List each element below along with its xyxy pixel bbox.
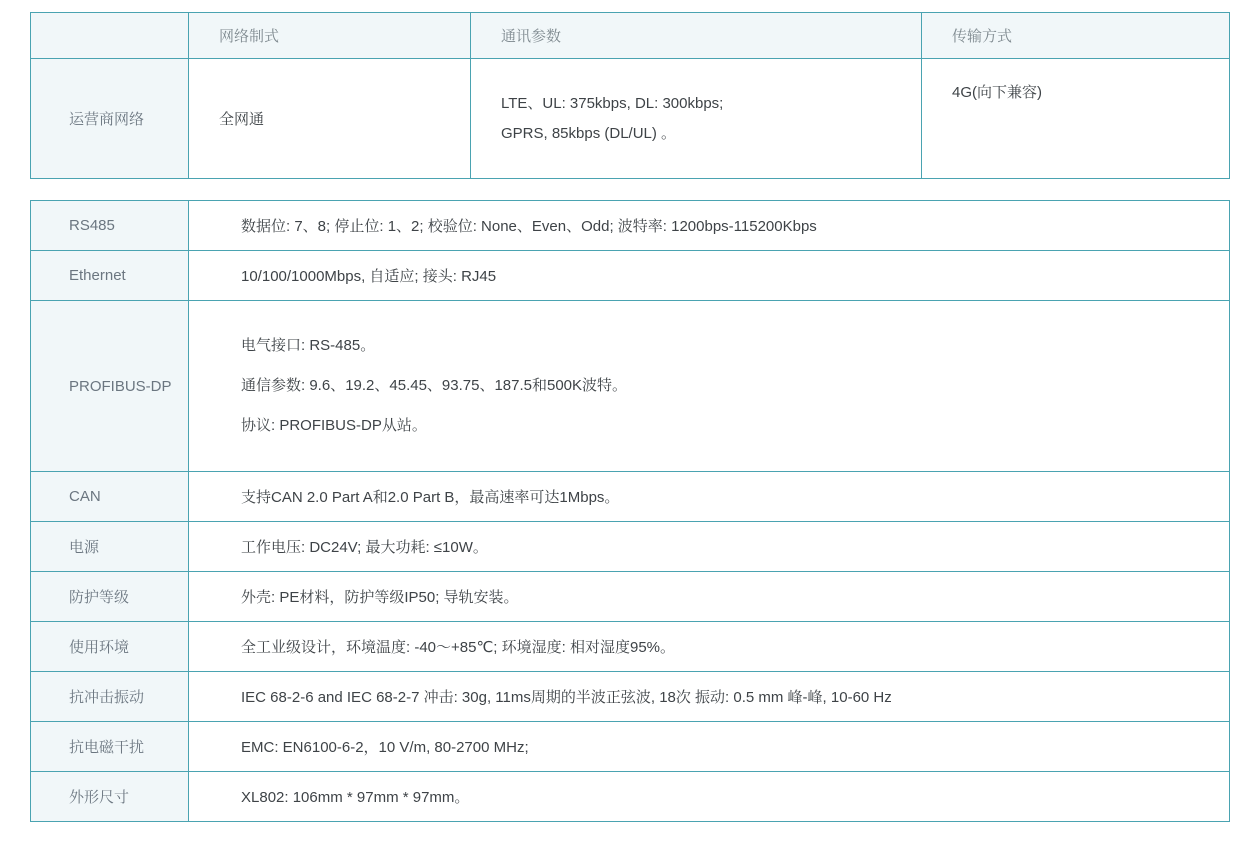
- spec-row-label: PROFIBUS-DP: [31, 301, 189, 472]
- comm-params-line-1: LTE、UL: 375kbps, DL: 300kbps;: [501, 89, 909, 119]
- spec-row-value: 工作电压: DC24V; 最大功耗: ≤10W。: [189, 522, 1230, 572]
- spec-row-dimensions: 外形尺寸 XL802: 106mm * 97mm * 97mm。: [31, 772, 1230, 822]
- spec-row-value: 外壳: PE材料，防护等级IP50; 导轨安装。: [189, 572, 1230, 622]
- transport-text: 4G(向下兼容): [952, 81, 1217, 102]
- spec-row-value: EMC: EN6100-6-2，10 V/m, 80-2700 MHz;: [189, 722, 1230, 772]
- spec-row-value: 10/100/1000Mbps, 自适应; 接头: RJ45: [189, 251, 1230, 301]
- comm-params-line-2: GPRS, 85kbps (DL/UL) 。: [501, 119, 909, 149]
- transport-value: 4G(向下兼容): [922, 59, 1230, 179]
- spec-row-rs485: RS485 数据位: 7、8; 停止位: 1、2; 校验位: None、Even…: [31, 201, 1230, 251]
- profibus-line-2: 通信参数: 9.6、19.2、45.45、93.75、187.5和500K波特。: [241, 366, 1217, 406]
- spec-row-label: RS485: [31, 201, 189, 251]
- spec-row-label: Ethernet: [31, 251, 189, 301]
- spec-row-label: 防护等级: [31, 572, 189, 622]
- spec-table: RS485 数据位: 7、8; 停止位: 1、2; 校验位: None、Even…: [30, 200, 1230, 822]
- network-table-header-comm-params: 通讯参数: [471, 13, 922, 59]
- network-table-header-transport: 传输方式: [922, 13, 1230, 59]
- network-table-header-network-mode: 网络制式: [189, 13, 471, 59]
- spec-row-environment: 使用环境 全工业级设计，环境温度: -40～+85℃; 环境湿度: 相对湿度95…: [31, 622, 1230, 672]
- profibus-line-1: 电气接口: RS-485。: [241, 326, 1217, 366]
- spec-row-can: CAN 支持CAN 2.0 Part A和2.0 Part B，最高速率可达1M…: [31, 472, 1230, 522]
- spec-row-value: IEC 68-2-6 and IEC 68-2-7 冲击: 30g, 11ms周…: [189, 672, 1230, 722]
- network-mode-value: 全网通: [189, 59, 471, 179]
- spec-sheet-page: 网络制式 通讯参数 传输方式 运营商网络 全网通 LTE、UL: 375kbps…: [0, 0, 1260, 860]
- spec-row-profibus-dp: PROFIBUS-DP 电气接口: RS-485。 通信参数: 9.6、19.2…: [31, 301, 1230, 472]
- spec-row-protection: 防护等级 外壳: PE材料，防护等级IP50; 导轨安装。: [31, 572, 1230, 622]
- network-row-label: 运营商网络: [31, 59, 189, 179]
- spec-row-ethernet: Ethernet 10/100/1000Mbps, 自适应; 接头: RJ45: [31, 251, 1230, 301]
- spec-row-label: CAN: [31, 472, 189, 522]
- spec-row-label: 电源: [31, 522, 189, 572]
- spec-row-emi: 抗电磁干扰 EMC: EN6100-6-2，10 V/m, 80-2700 MH…: [31, 722, 1230, 772]
- comm-params-value: LTE、UL: 375kbps, DL: 300kbps; GPRS, 85kb…: [471, 59, 922, 179]
- spec-row-value: XL802: 106mm * 97mm * 97mm。: [189, 772, 1230, 822]
- network-table-data-row: 运营商网络 全网通 LTE、UL: 375kbps, DL: 300kbps; …: [31, 59, 1230, 179]
- spec-row-value: 数据位: 7、8; 停止位: 1、2; 校验位: None、Even、Odd; …: [189, 201, 1230, 251]
- profibus-line-3: 协议: PROFIBUS-DP从站。: [241, 406, 1217, 446]
- network-table-corner-cell: [31, 13, 189, 59]
- spec-row-label: 抗电磁干扰: [31, 722, 189, 772]
- spec-row-label: 抗冲击振动: [31, 672, 189, 722]
- spec-row-shock-vibration: 抗冲击振动 IEC 68-2-6 and IEC 68-2-7 冲击: 30g,…: [31, 672, 1230, 722]
- spec-row-value: 电气接口: RS-485。 通信参数: 9.6、19.2、45.45、93.75…: [189, 301, 1230, 472]
- spec-row-value: 全工业级设计，环境温度: -40～+85℃; 环境湿度: 相对湿度95%。: [189, 622, 1230, 672]
- spec-row-label: 使用环境: [31, 622, 189, 672]
- spec-row-value: 支持CAN 2.0 Part A和2.0 Part B，最高速率可达1Mbps。: [189, 472, 1230, 522]
- network-table-header-row: 网络制式 通讯参数 传输方式: [31, 13, 1230, 59]
- network-table: 网络制式 通讯参数 传输方式 运营商网络 全网通 LTE、UL: 375kbps…: [30, 12, 1230, 179]
- spec-row-label: 外形尺寸: [31, 772, 189, 822]
- spec-row-power: 电源 工作电压: DC24V; 最大功耗: ≤10W。: [31, 522, 1230, 572]
